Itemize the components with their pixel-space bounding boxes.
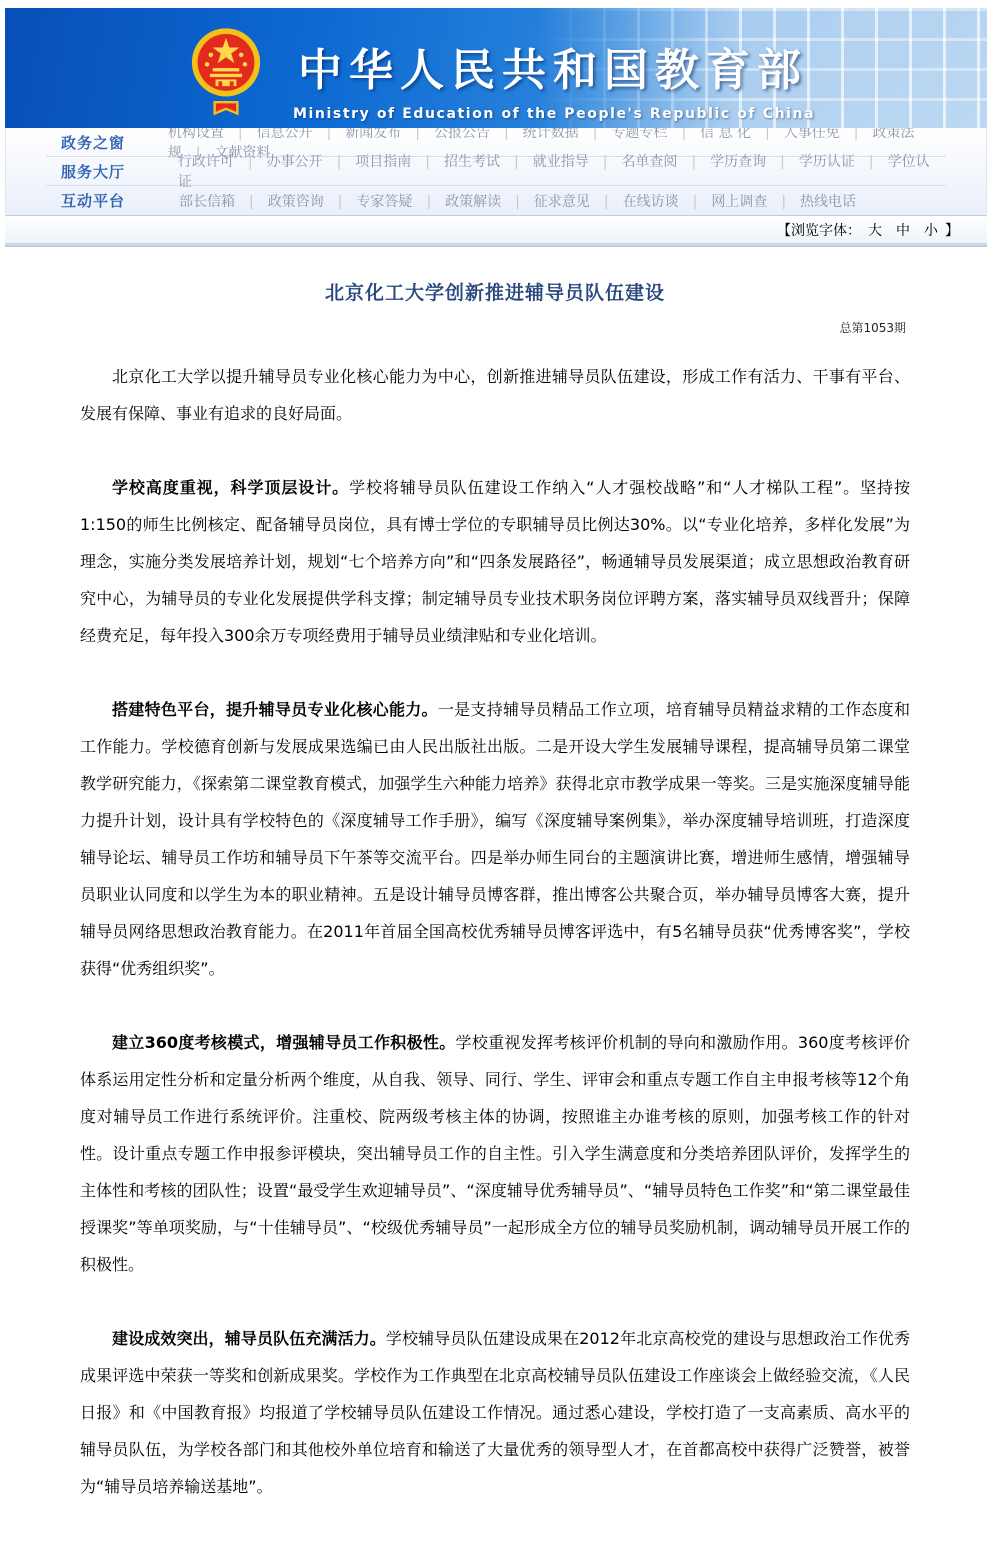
paragraph: 学校高度重视，科学顶层设计。学校将辅导员队伍建设工作纳入“人才强校战略”和“人才… [80,469,910,654]
main-navigation: 政务之窗 机构设置|信息公开|新闻发布|公报公告|统计数据|专题专栏|信 息 化… [5,128,987,216]
nav-link[interactable]: 网上调查 [711,194,767,210]
font-size-option-小[interactable]: 小 [924,223,938,239]
font-size-options: 大中小 [861,220,945,240]
separator: | [691,154,696,170]
nav-link[interactable]: 学历查询 [710,154,766,170]
separator: | [781,194,786,210]
font-size-label-close: 】 [945,220,959,240]
paragraph-lead: 建设成效突出，辅导员队伍充满活力。 [112,1329,386,1348]
site-title-chinese: 中华人民共和国教育部 [293,34,813,98]
separator: | [426,194,431,210]
separator: | [249,194,254,210]
paragraph-lead: 建立360度考核模式，增强辅导员工作积极性。 [112,1033,456,1052]
site-title-english: Ministry of Education of the People's Re… [293,106,813,122]
nav-link[interactable]: 行政许可 [178,154,234,170]
nav-link[interactable]: 部长信箱 [179,194,235,210]
article: 北京化工大学创新推进辅导员队伍建设 总第1053期 北京化工大学以提升辅导员专业… [80,246,910,1505]
nav-category: 服务大厅 [61,161,178,182]
nav-link[interactable]: 征求意见 [534,194,590,210]
separator: | [425,154,430,170]
nav-link[interactable]: 办事公开 [267,154,323,170]
nav-link[interactable]: 名单查阅 [621,154,677,170]
nav-link[interactable]: 招生考试 [444,154,500,170]
separator: | [338,194,343,210]
site-banner: 中华人民共和国教育部 Ministry of Education of the … [5,8,987,128]
nav-category: 政务之窗 [61,132,168,153]
font-size-label: 【浏览字体： [777,220,861,240]
separator: | [603,154,608,170]
separator: | [514,154,519,170]
paragraph: 建设成效突出，辅导员队伍充满活力。学校辅导员队伍建设成果在2012年北京高校党的… [80,1320,910,1505]
nav-link[interactable]: 在线访谈 [623,194,679,210]
site-title-block: 中华人民共和国教育部 Ministry of Education of the … [293,34,813,122]
paragraph: 建立360度考核模式，增强辅导员工作积极性。学校重视发挥考核评价机制的导向和激励… [80,1024,910,1283]
nav-link[interactable]: 就业指导 [533,154,589,170]
article-title: 北京化工大学创新推进辅导员队伍建设 [80,278,910,305]
nav-link[interactable]: 项目指南 [355,154,411,170]
paragraph-lead: 学校高度重视，科学顶层设计。 [112,478,349,497]
paragraph: 北京化工大学以提升辅导员专业化核心能力为中心，创新推进辅导员队伍建设，形成工作有… [80,358,910,432]
nav-link[interactable]: 热线电话 [800,194,856,210]
article-body: 北京化工大学以提升辅导员专业化核心能力为中心，创新推进辅导员队伍建设，形成工作有… [80,358,910,1505]
paragraph-lead: 搭建特色平台，提升辅导员专业化核心能力。 [112,700,438,719]
nav-row: 互动平台 部长信箱|政策咨询|专家答疑|政策解读|征求意见|在线访谈|网上调查|… [46,186,946,215]
issue-number: 总第1053期 [80,319,910,336]
font-size-bar: 【浏览字体： 大中小 】 [5,216,987,246]
separator: | [604,194,609,210]
nav-row: 服务大厅 行政许可|办事公开|项目指南|招生考试|就业指导|名单查阅|学历查询|… [46,157,946,186]
national-emblem-icon [190,22,262,122]
separator: | [248,154,253,170]
nav-links: 部长信箱|政策咨询|专家答疑|政策解读|征求意见|在线访谈|网上调查|热线电话 [179,191,866,211]
separator: | [693,194,698,210]
separator: | [515,194,520,210]
nav-category: 互动平台 [61,190,179,211]
nav-rows: 政务之窗 机构设置|信息公开|新闻发布|公报公告|统计数据|专题专栏|信 息 化… [46,128,946,215]
paragraph: 搭建特色平台，提升辅导员专业化核心能力。一是支持辅导员精品工作立项，培育辅导员精… [80,691,910,987]
page-header-area: 中华人民共和国教育部 Ministry of Education of the … [0,0,992,246]
nav-link[interactable]: 学历认证 [799,154,855,170]
nav-link[interactable]: 政策解读 [445,194,501,210]
font-size-option-中[interactable]: 中 [896,223,910,239]
separator: | [780,154,785,170]
nav-link[interactable]: 政策咨询 [268,194,324,210]
nav-link[interactable]: 专家答疑 [356,194,412,210]
nav-links: 行政许可|办事公开|项目指南|招生考试|就业指导|名单查阅|学历查询|学历认证|… [178,151,946,191]
separator: | [869,154,874,170]
font-size-option-大[interactable]: 大 [868,223,882,239]
separator: | [337,154,342,170]
